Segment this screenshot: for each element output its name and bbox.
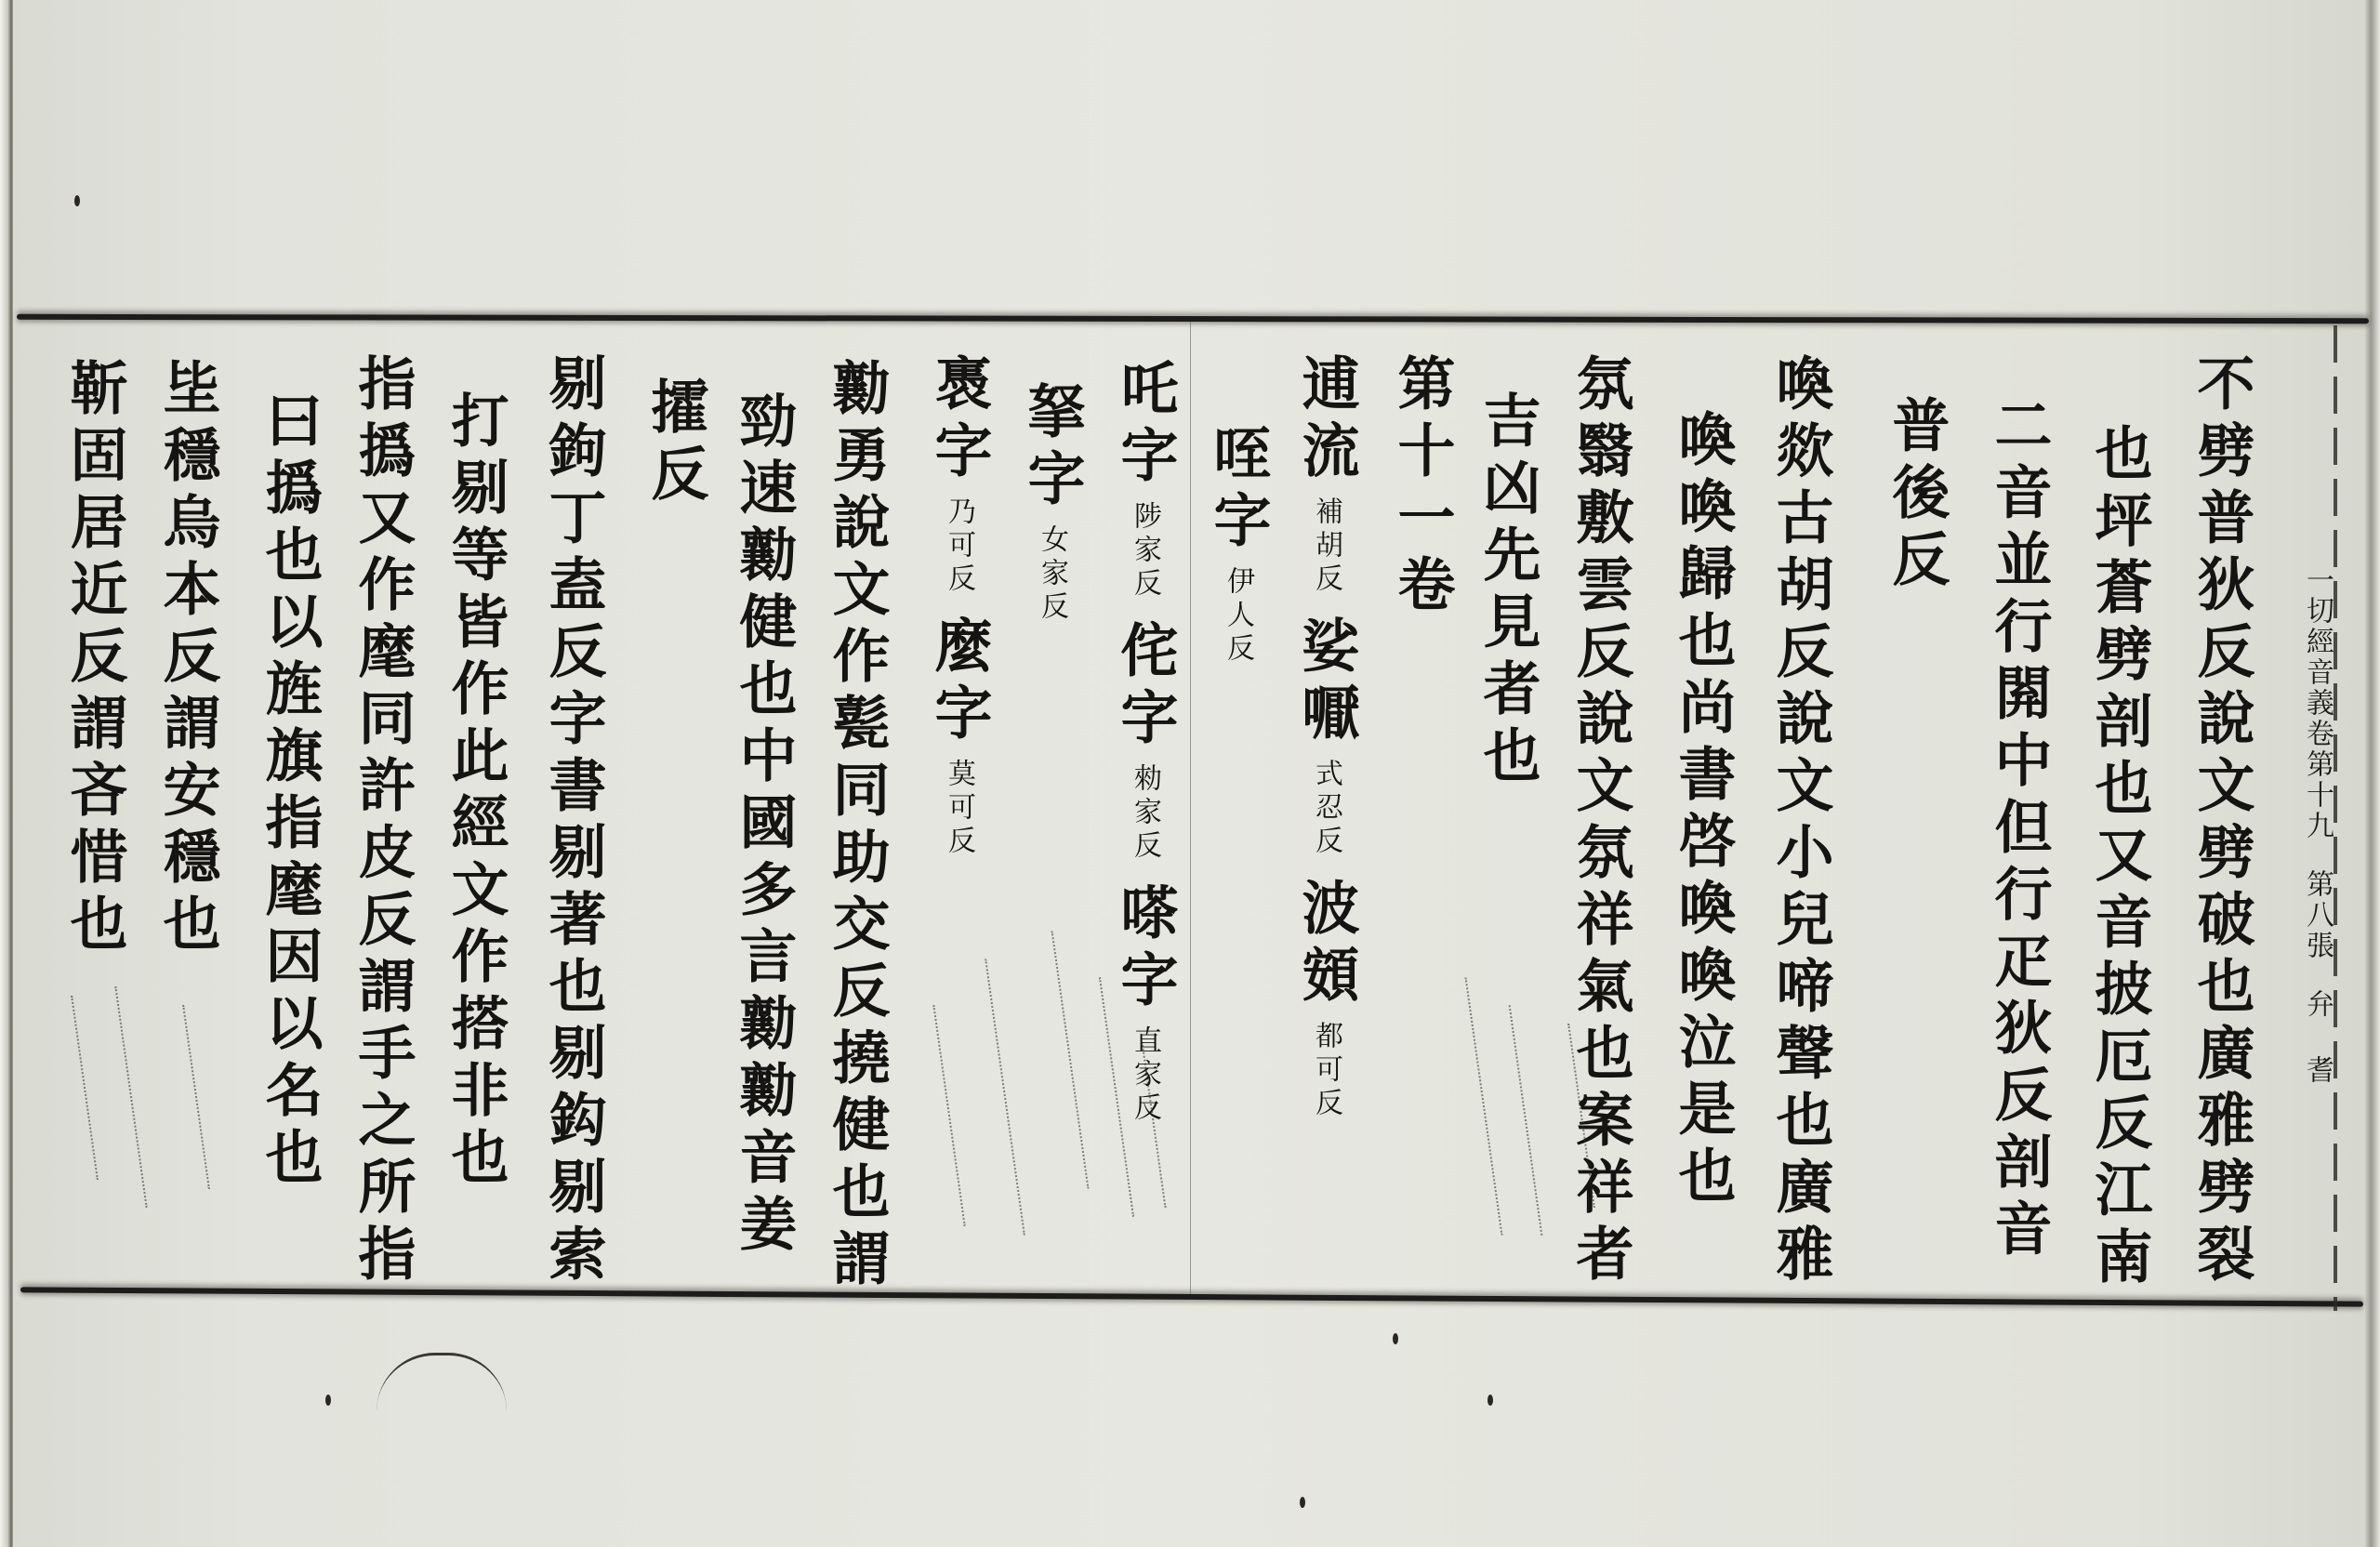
text-column: 喚喚歸也尚書啓喚喚泣是也 <box>1673 409 1731 1212</box>
page-left-edge <box>0 0 13 1547</box>
text-column: 吉凶先見者也 <box>1478 390 1536 792</box>
text-column: 喚欻古胡反說文小兒啼聲也廣雅 <box>1771 353 1829 1290</box>
text-column: 坒穩烏本反謂安穩也 <box>158 358 216 960</box>
entry-column: 拏字女家反 <box>1023 381 1080 643</box>
headword: 波頞 <box>1292 878 1360 1011</box>
text-column: 剔鉤丁盍反字書剔著也剔鈎剔索 <box>544 353 602 1290</box>
headword: 麼字 <box>925 615 993 749</box>
headword: 褭字 <box>925 353 993 487</box>
entry-column: 褭字乃可反麼字莫可反 <box>930 353 987 878</box>
entry-column: 咥字伊人反 <box>1209 423 1266 685</box>
text-column: 靳固居近反謂吝惜也 <box>65 358 123 960</box>
margin-title: 一切經音義卷第十九第八張弁 耆 <box>2296 565 2337 1086</box>
text-column: 也坪蒼劈剖也又音披厄反江南 <box>2090 423 2148 1293</box>
paper-speck <box>1487 1395 1493 1406</box>
reading-note: 莫可反 <box>945 759 972 859</box>
paper-speck <box>325 1395 331 1406</box>
headword: 逋流 <box>1292 353 1360 487</box>
text-column: 不劈普狄反說文劈破也廣雅劈裂 <box>2192 353 2250 1290</box>
text-column: 曰撝也以旌旗指麾因以名也 <box>260 390 318 1194</box>
text-column: 氛翳敷雲反說文氛祥氣也案祥者 <box>1571 353 1629 1290</box>
text-column: 第十一卷 <box>1393 353 1450 621</box>
entry-column: 吒字陟家反侘字勑家反嗏字直家反 <box>1116 358 1173 1144</box>
paper-speck <box>1393 1333 1398 1344</box>
headword: 咥字 <box>1204 423 1272 557</box>
carver-name: 弁 耆 <box>2301 989 2334 1086</box>
text-column: 攉反 <box>646 377 704 510</box>
headword: 吒字 <box>1111 358 1179 492</box>
reading-note: 直家反 <box>1130 1025 1158 1126</box>
leaf-number: 第八張 <box>2301 869 2334 961</box>
paper-speck <box>74 195 80 206</box>
text-column: 勷勇說文作甏同助交反撓健也謂 <box>827 358 885 1295</box>
headword: 嗏字 <box>1111 882 1179 1016</box>
reading-note: 乃可反 <box>945 496 972 597</box>
reading-note: 伊人反 <box>1223 566 1251 667</box>
headword: 拏字 <box>1018 381 1086 515</box>
reading-note: 女家反 <box>1038 524 1065 625</box>
text-column: 二音並行閞中但行疋狄反剖音 <box>1990 395 2047 1265</box>
text-column: 打剔等皆作此經文作搭非也 <box>446 390 504 1194</box>
reading-note: 都可反 <box>1312 1021 1340 1121</box>
text-column: 勁速勷健也中國多言勷勷音姜 <box>734 390 792 1261</box>
reading-note: 陟家反 <box>1130 501 1158 602</box>
center-fold-line <box>1190 322 1191 1294</box>
volume-title: 一切經音義卷第十九 <box>2301 565 2334 841</box>
page-right-edge <box>2365 0 2380 1547</box>
text-column: 指撝又作麾同許皮反謂手之所指 <box>353 353 411 1290</box>
paper-speck <box>1300 1497 1305 1508</box>
headword: 娑嚈 <box>1292 615 1360 749</box>
reading-note: 勑家反 <box>1130 763 1158 864</box>
headword: 侘字 <box>1111 620 1179 754</box>
entry-column: 逋流補胡反娑嚈式忍反波頞都可反 <box>1297 353 1355 1140</box>
reading-note: 補胡反 <box>1312 496 1340 597</box>
reading-note: 式忍反 <box>1312 759 1340 859</box>
text-column: 普後反 <box>1887 395 1945 596</box>
